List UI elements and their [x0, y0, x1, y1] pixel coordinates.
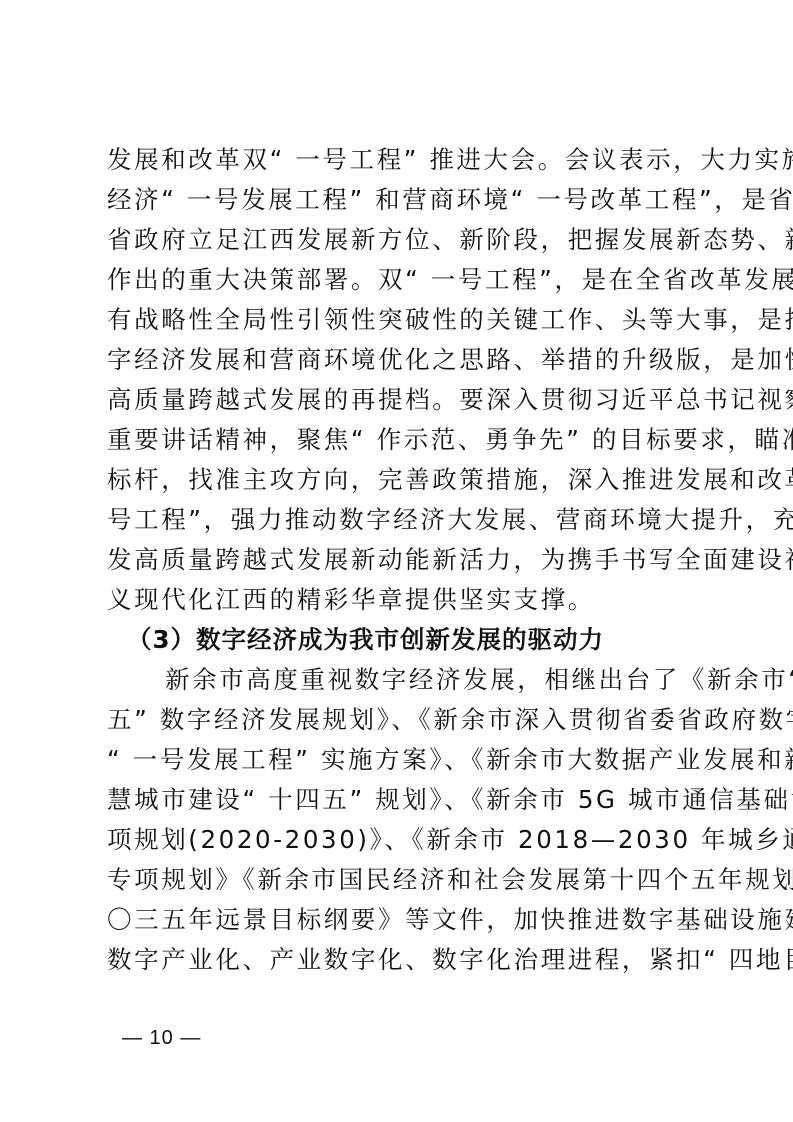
- text-line: 号工程”，强力推动数字经济大发展、营商环境大提升，充分激: [107, 500, 692, 540]
- text-line: 省政府立足江西发展新方位、新阶段，把握发展新态势、新趋势，: [107, 220, 692, 260]
- text-line: 标杆，找准主攻方向，完善政策措施，深入推进发展和改革双“ 一: [107, 460, 692, 500]
- text-line: 新余市高度重视数字经济发展，相继出台了《新余市“ 十四: [107, 660, 692, 700]
- text-line: 字经济发展和营商环境优化之思路、举措的升级版，是加快推进: [107, 340, 692, 380]
- text-line: 义现代化江西的精彩华章提供坚实支撑。: [107, 580, 692, 620]
- body-text: 发展和改革双“ 一号工程” 推进大会。会议表示，大力实施数字 经济“ 一号发展工…: [107, 140, 692, 980]
- text-line: 专项规划》《新余市国民经济和社会发展第十四个五年规划和二: [107, 860, 692, 900]
- page-number: — 10 —: [122, 1027, 201, 1050]
- text-line: 慧城市建设“ 十四五” 规划》、《新余市 5G 城市通信基础设施专: [107, 780, 692, 820]
- text-line: 重要讲话精神，聚焦“ 作示范、勇争先” 的目标要求，瞄准一流: [107, 420, 692, 460]
- text-line: 数字产业化、产业数字化、数字化治理进程，紧扣“ 四地目标”，: [107, 940, 692, 980]
- text-line: 发展和改革双“ 一号工程” 推进大会。会议表示，大力实施数字: [107, 140, 692, 180]
- paragraph-2: 新余市高度重视数字经济发展，相继出台了《新余市“ 十四 五” 数字经济发展规划》…: [107, 660, 692, 980]
- text-line: 高质量跨越式发展的再提档。要深入贯彻习近平总书记视察江西: [107, 380, 692, 420]
- section-heading: （3）数字经济成为我市创新发展的驱动力: [107, 620, 692, 660]
- paragraph-1: 发展和改革双“ 一号工程” 推进大会。会议表示，大力实施数字 经济“ 一号发展工…: [107, 140, 692, 620]
- text-line: 经济“ 一号发展工程” 和营商环境“ 一号改革工程”，是省委、: [107, 180, 692, 220]
- text-line: 项规划(2020-2030)》、《新余市 2018—2030 年城乡通信基站建设: [107, 820, 692, 860]
- text-line: 发高质量跨越式发展新动能新活力，为携手书写全面建设社会主: [107, 540, 692, 580]
- text-line: 作出的重大决策部署。双“ 一号工程”，是在全省改革发展中具: [107, 260, 692, 300]
- document-page: 发展和改革双“ 一号工程” 推进大会。会议表示，大力实施数字 经济“ 一号发展工…: [0, 0, 793, 1122]
- text-line: 〇三五年远景目标纲要》等文件，加快推进数字基础设施建设、: [107, 900, 692, 940]
- text-line: 五” 数字经济发展规划》、《新余市深入贯彻省委省政府数字经济: [107, 700, 692, 740]
- text-line: “ 一号发展工程” 实施方案》、《新余市大数据产业发展和新型智: [107, 740, 692, 780]
- text-line: 有战略性全局性引领性突破性的关键工作、头等大事，是推动数: [107, 300, 692, 340]
